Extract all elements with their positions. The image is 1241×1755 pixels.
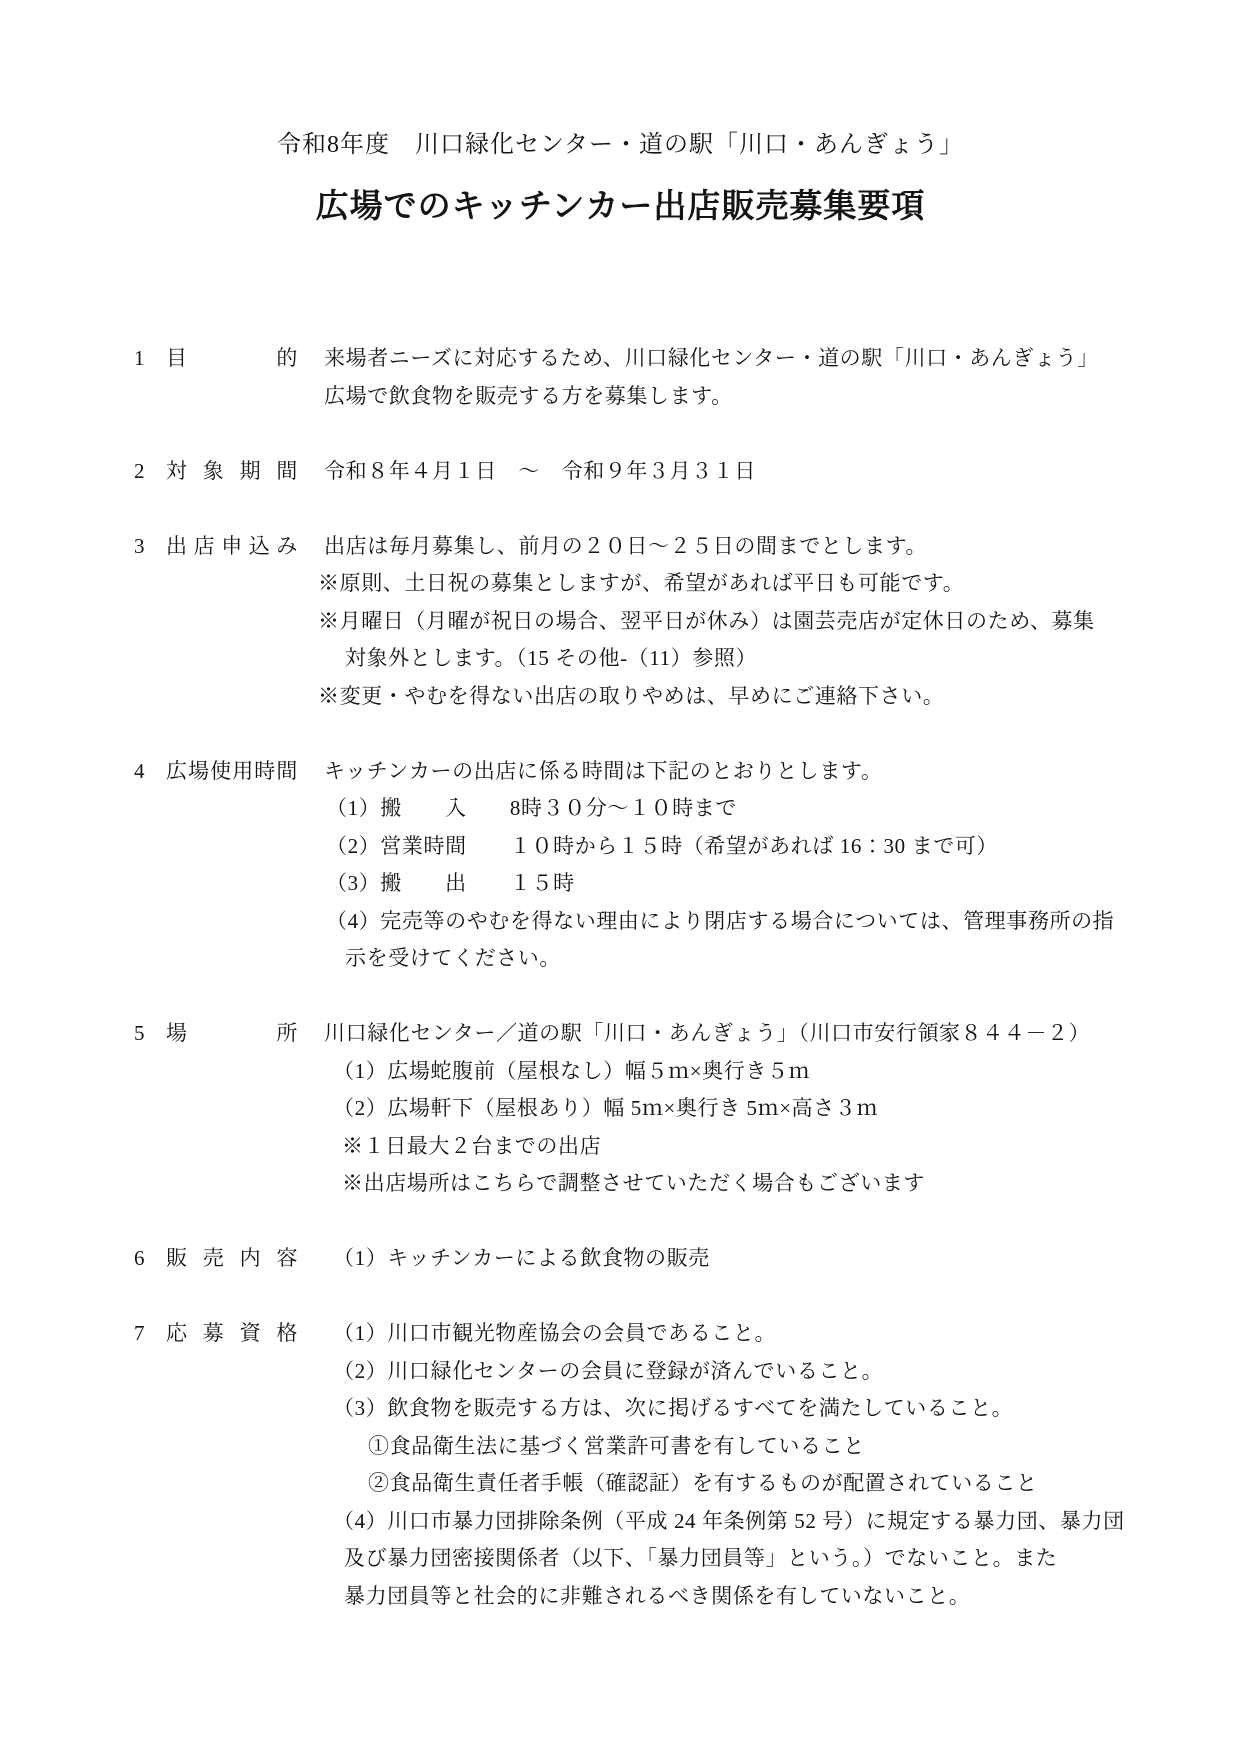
list-item-line: （1）広場蛇腹前（屋根なし）幅５ｍ×奥行き５ｍ — [134, 1053, 1154, 1091]
section-head: 2 対象期間 令和８年４月１日 ～ 令和９年３月３１日 — [134, 453, 1154, 491]
note-line: ※原則、土日祝の募集としますが、希望があれば平日も可能です。 — [134, 565, 1154, 603]
section-number: 7 — [134, 1315, 145, 1353]
section-head: 6 販売内容 （1）キッチンカーによる飲食物の販売 — [134, 1240, 1154, 1278]
section-label: 広場使用時間 — [166, 753, 298, 791]
section-label: 目的 — [166, 340, 298, 378]
list-item-line: （3）搬 出 １５時 — [134, 865, 1154, 903]
section-label: 販売内容 — [166, 1240, 298, 1278]
continuation-line: 及び暴力団密接関係者（以下、「暴力団員等」という。）でないこと。また — [134, 1540, 1154, 1578]
section-number: 2 — [134, 453, 145, 491]
list-item-line: （3）飲食物を販売する方は、次に掲げるすべてを満たしていること。 — [134, 1390, 1154, 1428]
section-eligibility: 7 応募資格 （1）川口市観光物産協会の会員であること。 （2）川口緑化センター… — [134, 1315, 1154, 1615]
section-location: 5 場所 川口緑化センター／道の駅「川口・あんぎょう」（川口市安行領家８４４－２… — [134, 1015, 1154, 1203]
document-body: 1 目的 来場者ニーズに対応するため、川口緑化センター・道の駅「川口・あんぎょう… — [134, 340, 1154, 1615]
note-line: ※出店場所はこちらで調整させていただく場合もございます — [134, 1165, 1154, 1203]
section-purpose: 1 目的 来場者ニーズに対応するため、川口緑化センター・道の駅「川口・あんぎょう… — [134, 340, 1154, 415]
section-head: 3 出店申込み 出店は毎月募集し、前月の２０日～２５日の間までとします。 — [134, 528, 1154, 566]
section-sales-content: 6 販売内容 （1）キッチンカーによる飲食物の販売 — [134, 1240, 1154, 1278]
section-label: 出店申込み — [166, 528, 298, 566]
list-item-line: （2）広場軒下（屋根あり）幅 5ｍ×奥行き 5ｍ×高さ３ｍ — [134, 1090, 1154, 1128]
continuation-line: 暴力団員等と社会的に非難されるべき関係を有していないこと。 — [134, 1578, 1154, 1616]
section-number: 1 — [134, 340, 145, 378]
section-number: 3 — [134, 528, 145, 566]
section-head: 7 応募資格 （1）川口市観光物産協会の会員であること。 — [134, 1315, 1154, 1353]
continuation-line: 示を受けてください。 — [134, 940, 1154, 978]
circled-item-line: ①食品衛生法に基づく営業許可書を有していること — [134, 1428, 1154, 1466]
document-title: 広場でのキッチンカー出店販売募集要項 — [134, 184, 1107, 230]
document-subtitle: 令和8年度 川口緑化センター・道の駅「川口・あんぎょう」 — [134, 128, 1107, 162]
section-number: 5 — [134, 1015, 145, 1053]
list-item-line: （1）搬 入 8時３０分～１０時まで — [134, 790, 1154, 828]
section-label: 応募資格 — [166, 1315, 298, 1353]
section-label: 場所 — [166, 1015, 298, 1053]
list-item-line: （2）川口緑化センターの会員に登録が済んでいること。 — [134, 1353, 1154, 1391]
section-label: 対象期間 — [166, 453, 298, 491]
list-item-line: （4）川口市暴力団排除条例（平成 24 年条例第 52 号）に規定する暴力団、暴… — [134, 1503, 1154, 1541]
section-head: 5 場所 川口緑化センター／道の駅「川口・あんぎょう」（川口市安行領家８４４－２… — [134, 1015, 1154, 1053]
section-head: 1 目的 来場者ニーズに対応するため、川口緑化センター・道の駅「川口・あんぎょう… — [134, 340, 1154, 378]
list-item-line: （4）完売等のやむを得ない理由により閉店する場合については、管理事務所の指 — [134, 903, 1154, 941]
note-line: ※変更・やむを得ない出店の取りやめは、早めにご連絡下さい。 — [134, 678, 1154, 716]
section-application: 3 出店申込み 出店は毎月募集し、前月の２０日～２５日の間までとします。 ※原則… — [134, 528, 1154, 716]
note-line: ※１日最大２台までの出店 — [134, 1128, 1154, 1166]
section-text-line: 広場で飲食物を販売する方を募集します。 — [134, 378, 1154, 416]
section-plaza-hours: 4 広場使用時間 キッチンカーの出店に係る時間は下記のとおりとします。 （1）搬… — [134, 753, 1154, 978]
section-target-period: 2 対象期間 令和８年４月１日 ～ 令和９年３月３１日 — [134, 453, 1154, 491]
section-number: 6 — [134, 1240, 145, 1278]
continuation-line: 対象外とします。（15 その他-（11）参照） — [134, 640, 1154, 678]
section-number: 4 — [134, 753, 145, 791]
document-page: 令和8年度 川口緑化センター・道の駅「川口・あんぎょう」 広場でのキッチンカー出… — [0, 0, 1241, 1755]
list-item-line: （2）営業時間 １０時から１５時（希望があれば 16：30 まで可） — [134, 828, 1154, 866]
note-line: ※月曜日（月曜が祝日の場合、翌平日が休み）は園芸売店が定休日のため、募集 — [134, 603, 1154, 641]
circled-item-line: ②食品衛生責任者手帳（確認証）を有するものが配置されていること — [134, 1465, 1154, 1503]
